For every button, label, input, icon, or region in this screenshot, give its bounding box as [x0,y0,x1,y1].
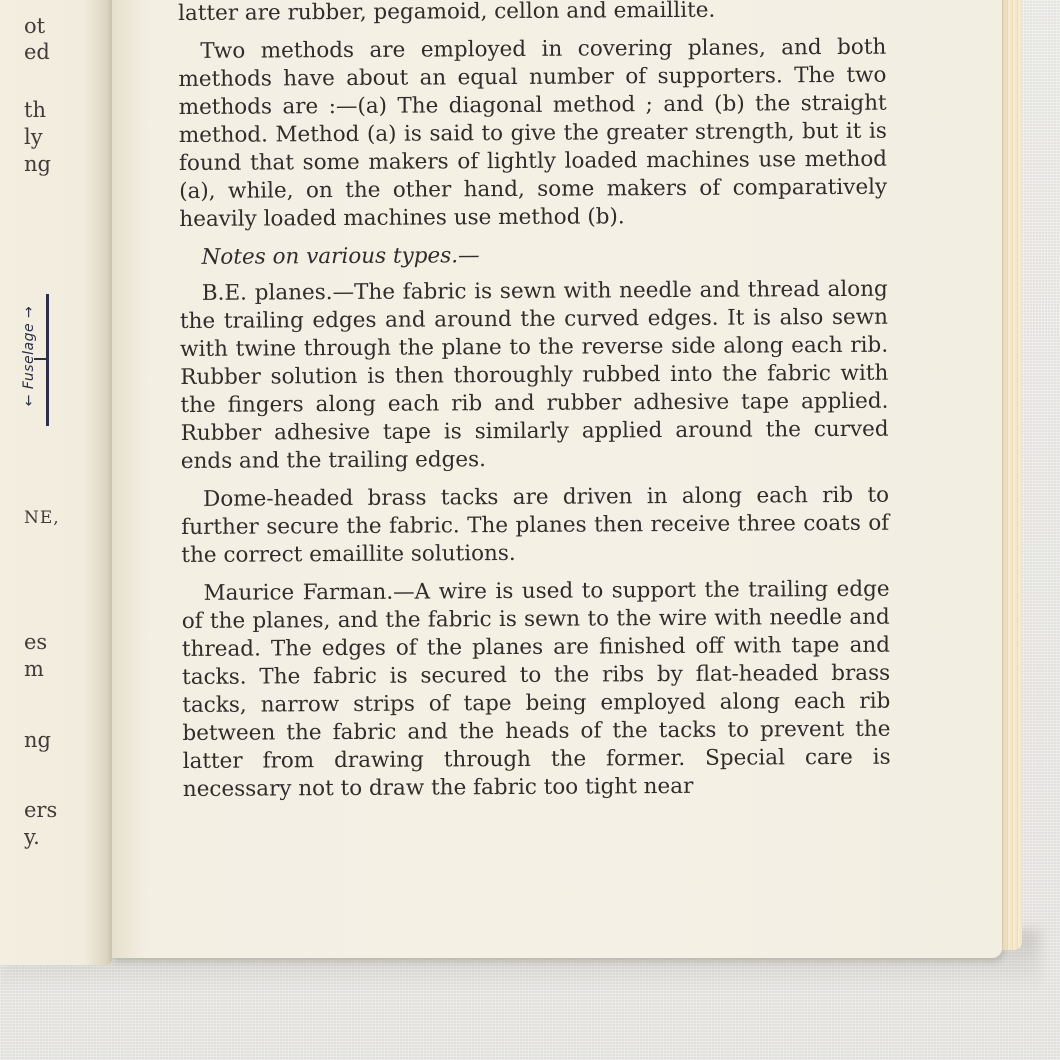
fuselage-label: ← Fuselage → [21,291,37,421]
left-page-fragment: ed [24,40,50,64]
page-body: latter are rubber, pegamoid, cellon and … [178,0,891,814]
paragraph-be-planes: B.E. planes.—The fabric is sewn with nee… [180,276,889,476]
page-edges [1000,0,1022,950]
left-page-fragment: m [24,657,44,681]
left-page-fragment: ot [24,14,45,38]
left-page-fragment: th [24,98,46,122]
right-page: latter are rubber, pegamoid, cellon and … [112,0,1002,958]
paragraph-covering-methods: Two methods are employed in covering pla… [178,34,887,234]
section-heading-notes: Notes on various types.— [179,240,887,272]
paragraph-maurice-farman: Maurice Farman.—A wire is used to suppor… [182,576,891,804]
left-page: ot ed th ly ng NE, es m ng ers y. ← Fuse… [0,0,112,965]
left-page-fragment: ly [24,125,43,149]
left-page-fragment: es [24,630,47,654]
fuselage-line [46,294,49,426]
left-page-fragment: ng [24,152,51,176]
left-page-fragment: y. [24,825,40,849]
left-page-fragment: ers [24,798,57,822]
paragraph-brass-tacks: Dome-headed brass tacks are driven in al… [181,482,889,570]
left-page-fragment: ng [24,728,51,752]
left-page-fragment: NE, [24,508,60,528]
paragraph-continuation: latter are rubber, pegamoid, cellon and … [178,0,886,28]
fuselage-diagram: ← Fuselage → [6,290,54,430]
